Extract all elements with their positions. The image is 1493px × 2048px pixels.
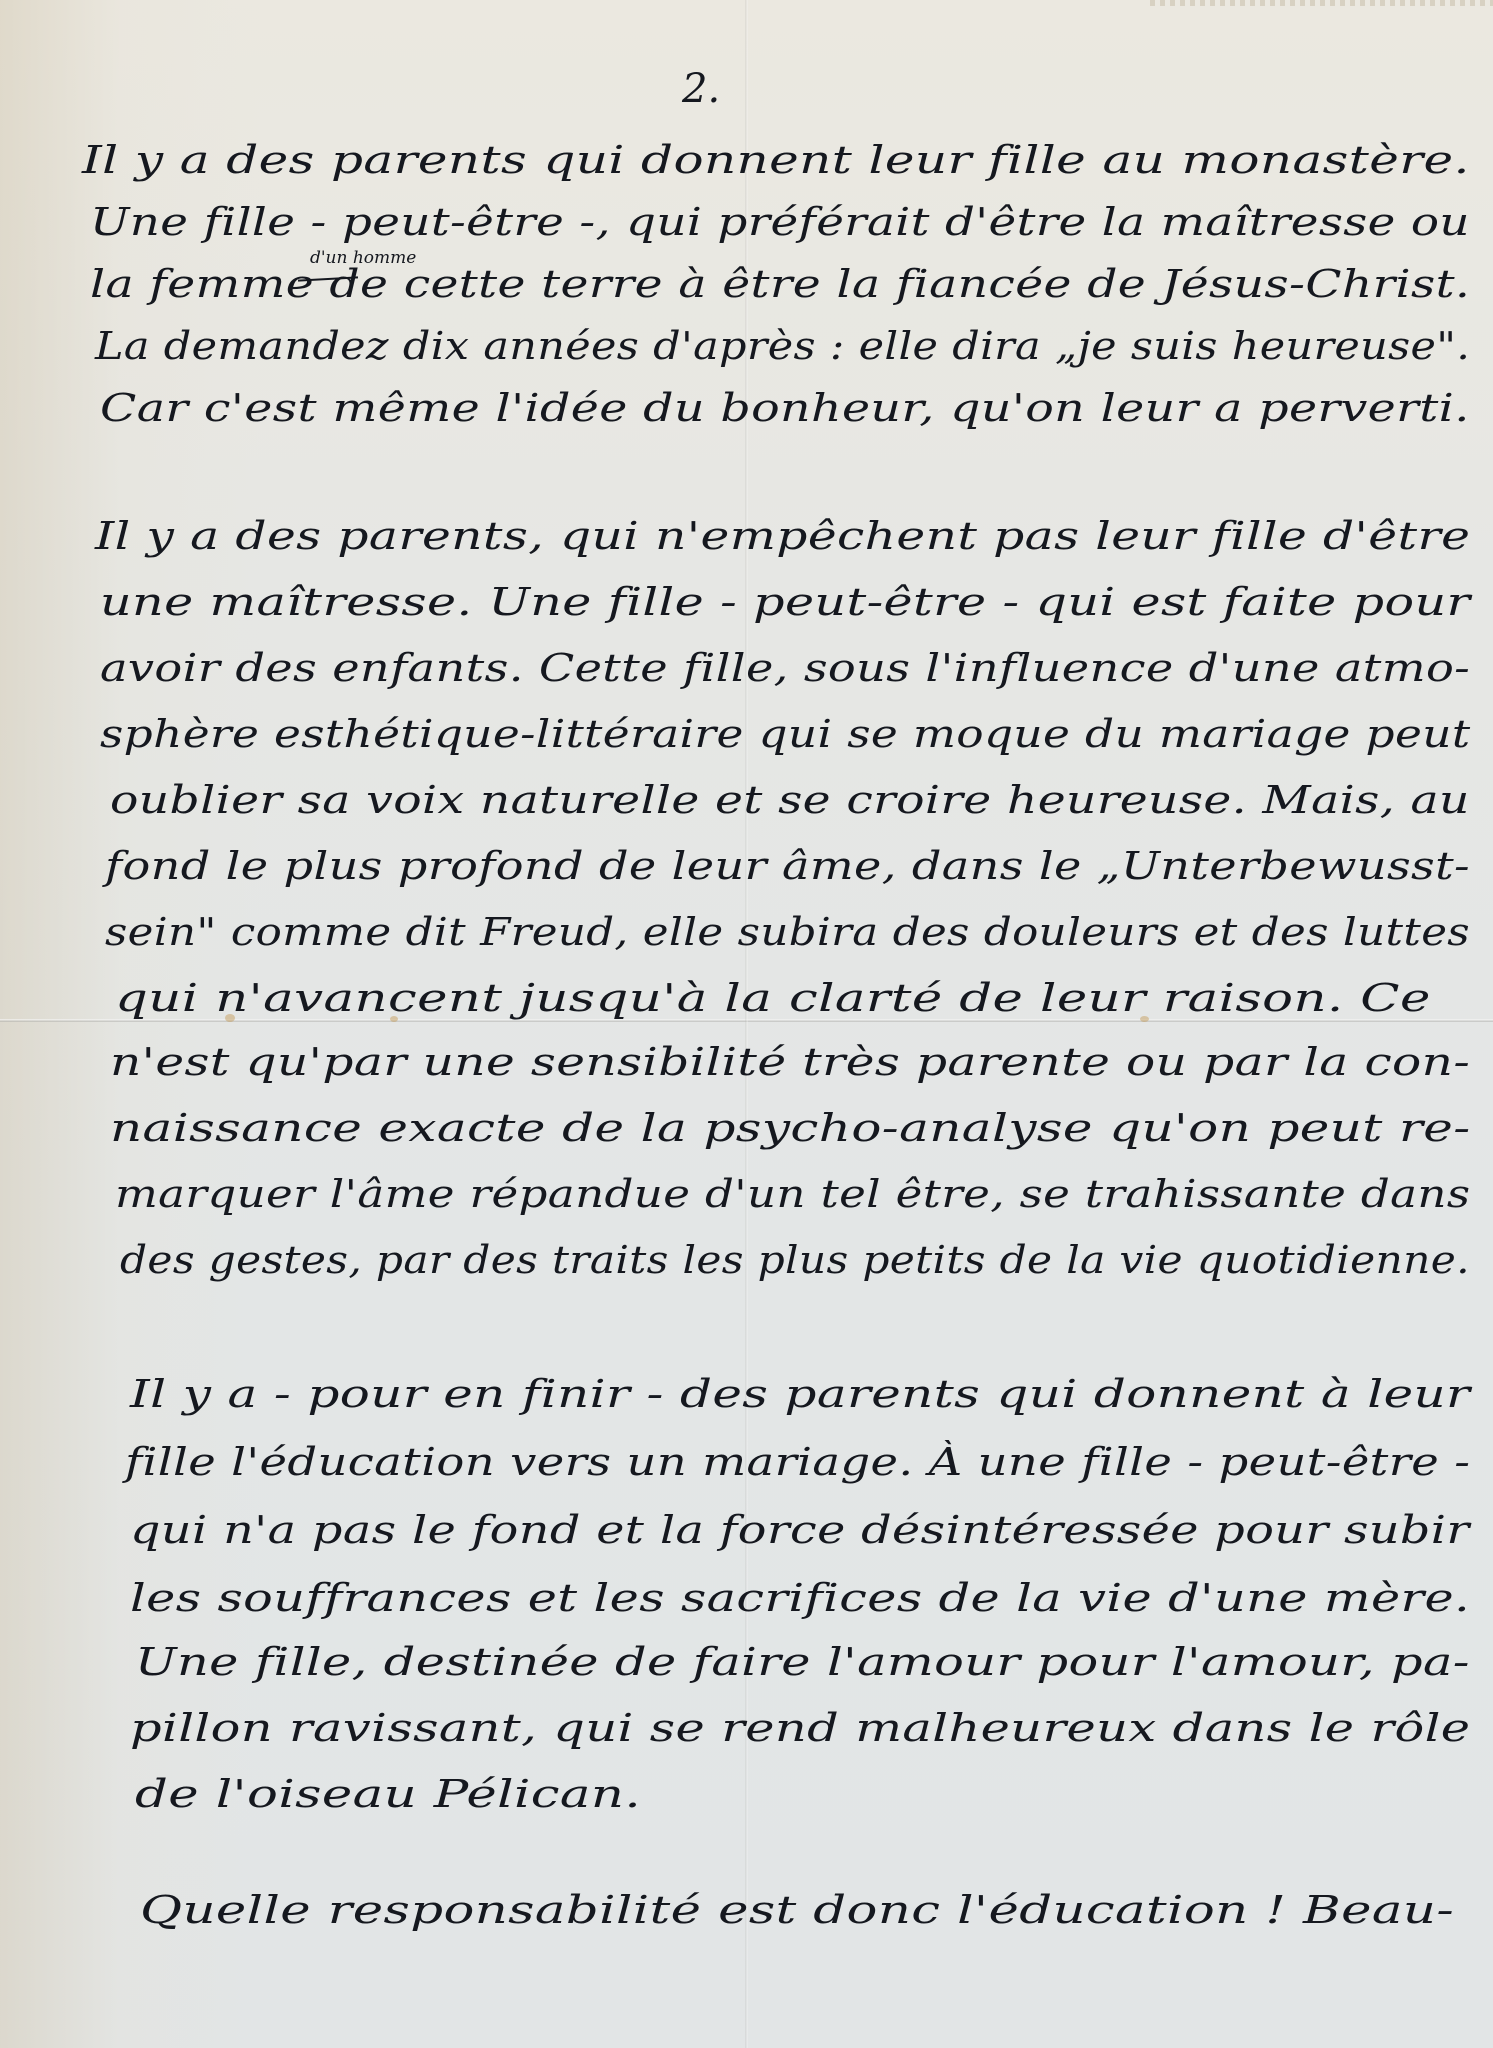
- text-line: qui n'a pas le fond et la force désintér…: [130, 1508, 1470, 1552]
- text-line: Quelle responsabilité est donc l'éducati…: [140, 1888, 1454, 1932]
- text-line: Il y a des parents, qui n'empêchent pas …: [95, 514, 1470, 558]
- text-line: oublier sa voix naturelle et se croire h…: [110, 778, 1470, 822]
- text-line: La demandez dix années d'après : elle di…: [95, 324, 1470, 368]
- text-line: Une fille, destinée de faire l'amour pou…: [135, 1640, 1470, 1684]
- text-line: de l'oiseau Pélican.: [135, 1772, 641, 1816]
- text-line: Il y a des parents qui donnent leur fill…: [82, 138, 1470, 182]
- text-line: une maîtresse. Une fille - peut-être - q…: [100, 580, 1470, 624]
- text-line: Il y a - pour en finir - des parents qui…: [130, 1372, 1470, 1416]
- text-line: fille l'éducation vers un mariage. À une…: [125, 1440, 1470, 1484]
- text-line: sein" comme dit Freud, elle subira des d…: [105, 910, 1470, 954]
- text-line: les souffrances et les sacrifices de la …: [130, 1576, 1470, 1620]
- text-line: fond le plus profond de leur âme, dans l…: [105, 844, 1470, 888]
- page-number: 2.: [682, 66, 720, 112]
- text-line: sphère esthétique-littéraire qui se moqu…: [100, 712, 1470, 756]
- text-line: la femme de cette terre à être la fiancé…: [90, 262, 1470, 306]
- text-line: qui n'avancent jusqu'à la clarté de leur…: [115, 976, 1431, 1020]
- perforated-edge: [1150, 0, 1493, 6]
- text-line: n'est qu'par une sensibilité très parent…: [110, 1040, 1470, 1084]
- text-line: Car c'est même l'idée du bonheur, qu'on …: [100, 386, 1470, 430]
- text-line: marquer l'âme répandue d'un tel être, se…: [115, 1172, 1470, 1216]
- interlinear-correction: d'un homme: [310, 248, 416, 268]
- text-line: pillon ravissant, qui se rend malheureux…: [130, 1706, 1470, 1750]
- text-line: naissance exacte de la psycho-analyse qu…: [110, 1106, 1471, 1150]
- text-line: des gestes, par des traits les plus peti…: [120, 1238, 1470, 1282]
- text-line: avoir des enfants. Cette fille, sous l'i…: [100, 646, 1470, 690]
- text-line: Une fille - peut-être -, qui préférait d…: [90, 200, 1470, 244]
